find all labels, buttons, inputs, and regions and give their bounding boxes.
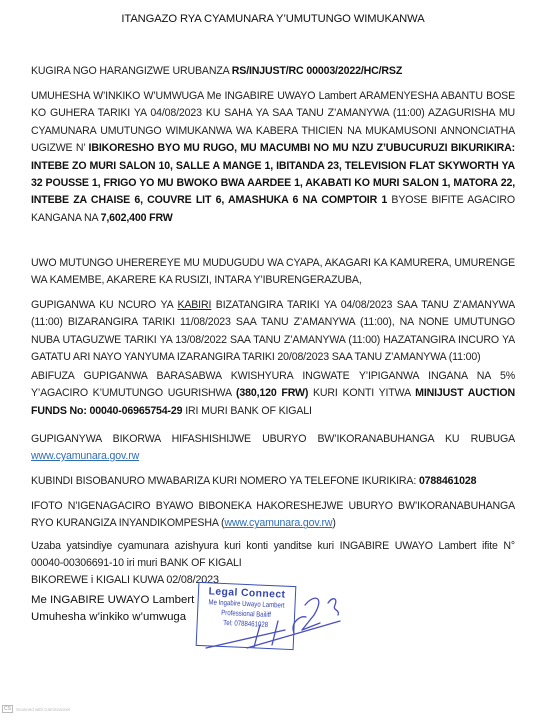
round-number: KABIRI	[177, 299, 211, 311]
schedule-paragraph: GUPIGANWA KU NCURO YA KABIRI BIZATANGIRA…	[31, 297, 515, 367]
case-number: RS/INJUST/RC 00003/2022/HC/RSZ	[232, 65, 402, 77]
intro-paragraph: UMUHESHA W’INKIKO W’UMWUGA Me INGABIRE U…	[31, 88, 515, 227]
schedule-prefix: GUPIGANWA KU NCURO YA	[31, 299, 177, 311]
handwritten-signature	[190, 585, 350, 660]
scanner-watermark: CS Scanned with CamScanner	[2, 705, 70, 713]
deposit-amount: (380,120 FRW)	[236, 387, 308, 399]
deposit-mid: KURI KONTI YITWA	[308, 387, 415, 399]
online-text: GUPIGANYWA BIKORWA HIFASHISHIJWE UBURYO …	[31, 433, 515, 445]
case-prefix: KUGIRA NGO HARANGIZWE URUBANZA	[31, 65, 232, 77]
scanner-text: Scanned with CamScanner	[16, 707, 71, 712]
photos-link[interactable]: www.cyamunara.gov.rw	[224, 517, 332, 529]
payment-paragraph: Uzaba yatsindiye cyamunara azishyura kur…	[31, 538, 515, 573]
photos-suffix: )	[332, 517, 335, 529]
deposit-suffix: IRI MURI BANK OF KIGALI	[182, 405, 311, 417]
page-title: ITANGAZO RYA CYAMUNARA Y’UMUTUNGO WIMUKA…	[0, 13, 546, 25]
contact-paragraph: KUBINDI BISOBANURO MWABARIZA KURI NOMERO…	[31, 473, 515, 490]
photos-paragraph: IFOTO N’IGENAGACIRO BYAWO BIBONEKA HAKOR…	[31, 498, 515, 533]
total-value: 7,602,400 FRW	[101, 212, 173, 224]
online-link-line: www.cyamunara.gov.rw	[31, 448, 515, 465]
online-paragraph: GUPIGANYWA BIKORWA HIFASHISHIJWE UBURYO …	[31, 431, 515, 448]
cyamunara-link[interactable]: www.cyamunara.gov.rw	[31, 450, 139, 462]
signatory-name: Me INGABIRE UWAYO Lambert	[31, 592, 194, 609]
deposit-paragraph: ABIFUZA GUPIGANWA BARASABWA KWISHYURA IN…	[31, 368, 515, 420]
case-reference: KUGIRA NGO HARANGIZWE URUBANZA RS/INJUST…	[31, 63, 515, 80]
contact-phone: 0788461028	[419, 475, 476, 487]
signatory-block: Me INGABIRE UWAYO Lambert Umuhesha w’ink…	[31, 592, 194, 626]
location-paragraph: UWO MUTUNGO UHEREREYE MU MUDUGUDU WA CYA…	[31, 255, 515, 290]
camscanner-icon: CS	[2, 705, 13, 713]
signatory-role: Umuhesha w’inkiko w’umwuga	[31, 609, 194, 626]
contact-text: KUBINDI BISOBANURO MWABARIZA KURI NOMERO…	[31, 475, 419, 487]
document-page: ITANGAZO RYA CYAMUNARA Y’UMUTUNGO WIMUKA…	[0, 0, 546, 720]
